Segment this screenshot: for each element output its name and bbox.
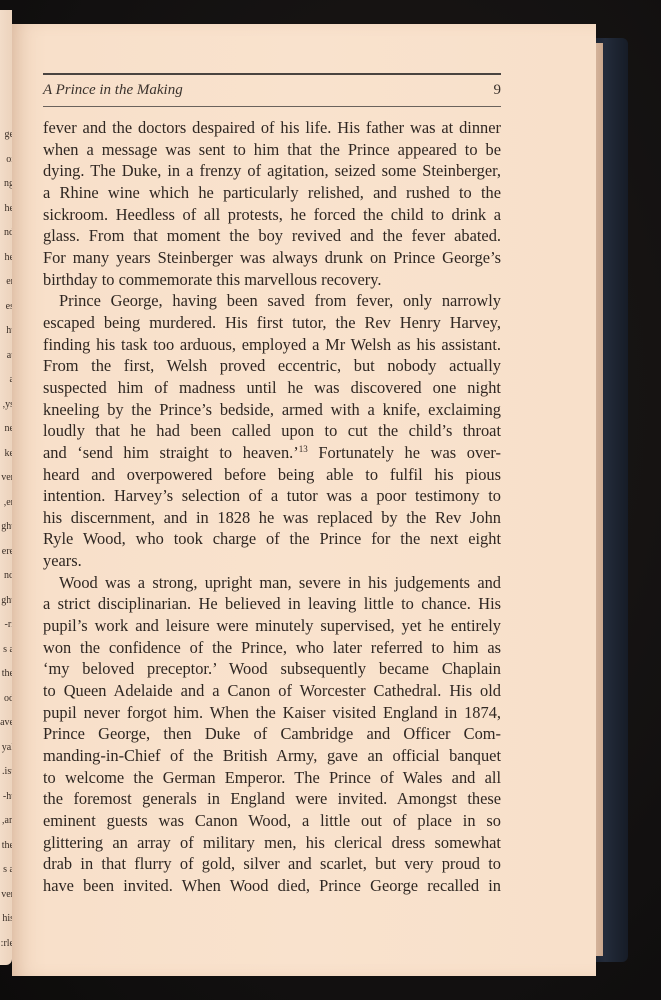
- facing-page-fragment: er: [0, 277, 12, 287]
- text-line: fever and the doctors despaired of his l…: [43, 117, 501, 139]
- text-line: the foremost generals in England were in…: [43, 788, 501, 810]
- facing-page-fragment: ht-: [0, 792, 12, 802]
- text-line: to welcome the German Emperor. The Princ…: [43, 767, 501, 789]
- text-line: and ‘send him straight to heaven.’13 For…: [43, 442, 501, 464]
- facing-page-fragment: er,: [0, 498, 12, 508]
- facing-page-fragment: s a: [0, 645, 12, 655]
- text-line: For many years Steinberger was always dr…: [43, 247, 501, 269]
- running-head: A Prince in the Making 9: [43, 82, 501, 99]
- book-page: A Prince in the Making 9 fever and the d…: [12, 24, 596, 976]
- text-line: ‘my beloved preceptor.’ Wood subsequentl…: [43, 658, 501, 680]
- text-line: suspected him of madness until he was di…: [43, 377, 501, 399]
- text-line: loudly that he had been called upon to c…: [43, 420, 501, 442]
- text-line: finding his task too arduous, employed a…: [43, 334, 501, 356]
- text-line: From the first, Welsh proved eccentric, …: [43, 355, 501, 377]
- text-line: won the confidence of the Prince, who la…: [43, 637, 501, 659]
- text-line: eminent guests was Canon Wood, a little …: [43, 810, 501, 832]
- paragraph: Wood was a strong, upright man, severe i…: [43, 572, 501, 897]
- text-line: heard and overpowered before being able …: [43, 464, 501, 486]
- footnote-marker[interactable]: 13: [299, 444, 308, 454]
- text-line: Wood was a strong, upright man, severe i…: [43, 572, 501, 594]
- facing-page-fragment: he: [0, 204, 12, 214]
- header-rule-bottom: [43, 106, 501, 107]
- text-line: years.: [43, 550, 501, 572]
- facing-page-fragment: the: [0, 841, 12, 851]
- facing-page-fragment: ght: [0, 522, 12, 532]
- facing-page-fragment: his: [0, 914, 12, 924]
- text-line: pupil never forgot him. When the Kaiser …: [43, 702, 501, 724]
- text-line: to Queen Adelaide and a Canon of Worcest…: [43, 680, 501, 702]
- facing-page-fragment: ke: [0, 449, 12, 459]
- text-line: manding-in-Chief of the British Army, ga…: [43, 745, 501, 767]
- text-line: his discernment, and in 1828 he was repl…: [43, 507, 501, 529]
- text-line: have been invited. When Wood died, Princ…: [43, 875, 501, 897]
- text-line: drab in that flurry of gold, silver and …: [43, 853, 501, 875]
- facing-page-fragment: oi: [0, 155, 12, 165]
- facing-page-fragment: nd: [0, 571, 12, 581]
- text-line: dying. The Duke, in a frenzy of agitatio…: [43, 160, 501, 182]
- facing-page-fragment: nd: [0, 228, 12, 238]
- facing-page-fragment: s a: [0, 865, 12, 875]
- facing-page-fragment: the: [0, 669, 12, 679]
- text-line: glittering an array of military men, his…: [43, 832, 501, 854]
- text-line: when a message was sent to him that the …: [43, 139, 501, 161]
- facing-page-fragment: od: [0, 694, 12, 704]
- facing-page-fragment: ave: [0, 718, 12, 728]
- facing-page-edge: geoinghendheereshtatays,nekeverer,ghtere…: [0, 10, 12, 965]
- text-line: a Rhine wine which he particularly relis…: [43, 182, 501, 204]
- facing-page-fragment: ng: [0, 179, 12, 189]
- facing-page-fragment: ver: [0, 890, 12, 900]
- text-line: glass. From that moment the boy revived …: [43, 225, 501, 247]
- facing-page-fragment: ist.: [0, 767, 12, 777]
- text-line: Prince George, then Duke of Cambridge an…: [43, 723, 501, 745]
- facing-page-fragment: ys,: [0, 400, 12, 410]
- paragraph: Prince George, having been saved from fe…: [43, 290, 501, 572]
- facing-page-fragment: ne: [0, 424, 12, 434]
- text-line: pupil’s work and leisure were minutely s…: [43, 615, 501, 637]
- text-line: intention. Harvey’s selection of a tutor…: [43, 485, 501, 507]
- text-line: Prince George, having been saved from fe…: [43, 290, 501, 312]
- facing-page-fragment: ge: [0, 130, 12, 140]
- facing-page-fragment: an,: [0, 816, 12, 826]
- facing-page-fragment: at: [0, 351, 12, 361]
- facing-page-fragment: es: [0, 302, 12, 312]
- text-line: sickroom. Heedless of all protests, he f…: [43, 204, 501, 226]
- paragraph: fever and the doctors despaired of his l…: [43, 117, 501, 290]
- body-text: fever and the doctors despaired of his l…: [43, 117, 501, 897]
- text-line: kneeling by the Prince’s bedside, armed …: [43, 399, 501, 421]
- facing-page-fragment: ri-: [0, 620, 12, 630]
- facing-page-fragment: rle:: [0, 939, 12, 949]
- header-rule-top: [43, 73, 501, 75]
- facing-page-fragment: ht: [0, 326, 12, 336]
- facing-page-fragment: a: [0, 375, 12, 385]
- facing-page-fragment: yal: [0, 743, 12, 753]
- text-line: birthday to commemorate this marvellous …: [43, 269, 501, 291]
- text-line: a strict disciplinarian. He believed in …: [43, 593, 501, 615]
- facing-page-fragment: ver: [0, 473, 12, 483]
- text-line: escaped being murdered. His first tutor,…: [43, 312, 501, 334]
- running-head-title: A Prince in the Making: [43, 82, 183, 99]
- facing-page-fragment: he: [0, 253, 12, 263]
- facing-page-fragment: ght: [0, 596, 12, 606]
- page-number: 9: [494, 82, 502, 99]
- facing-page-fragment: ere: [0, 547, 12, 557]
- text-line: Ryle Wood, who took charge of the Prince…: [43, 528, 501, 550]
